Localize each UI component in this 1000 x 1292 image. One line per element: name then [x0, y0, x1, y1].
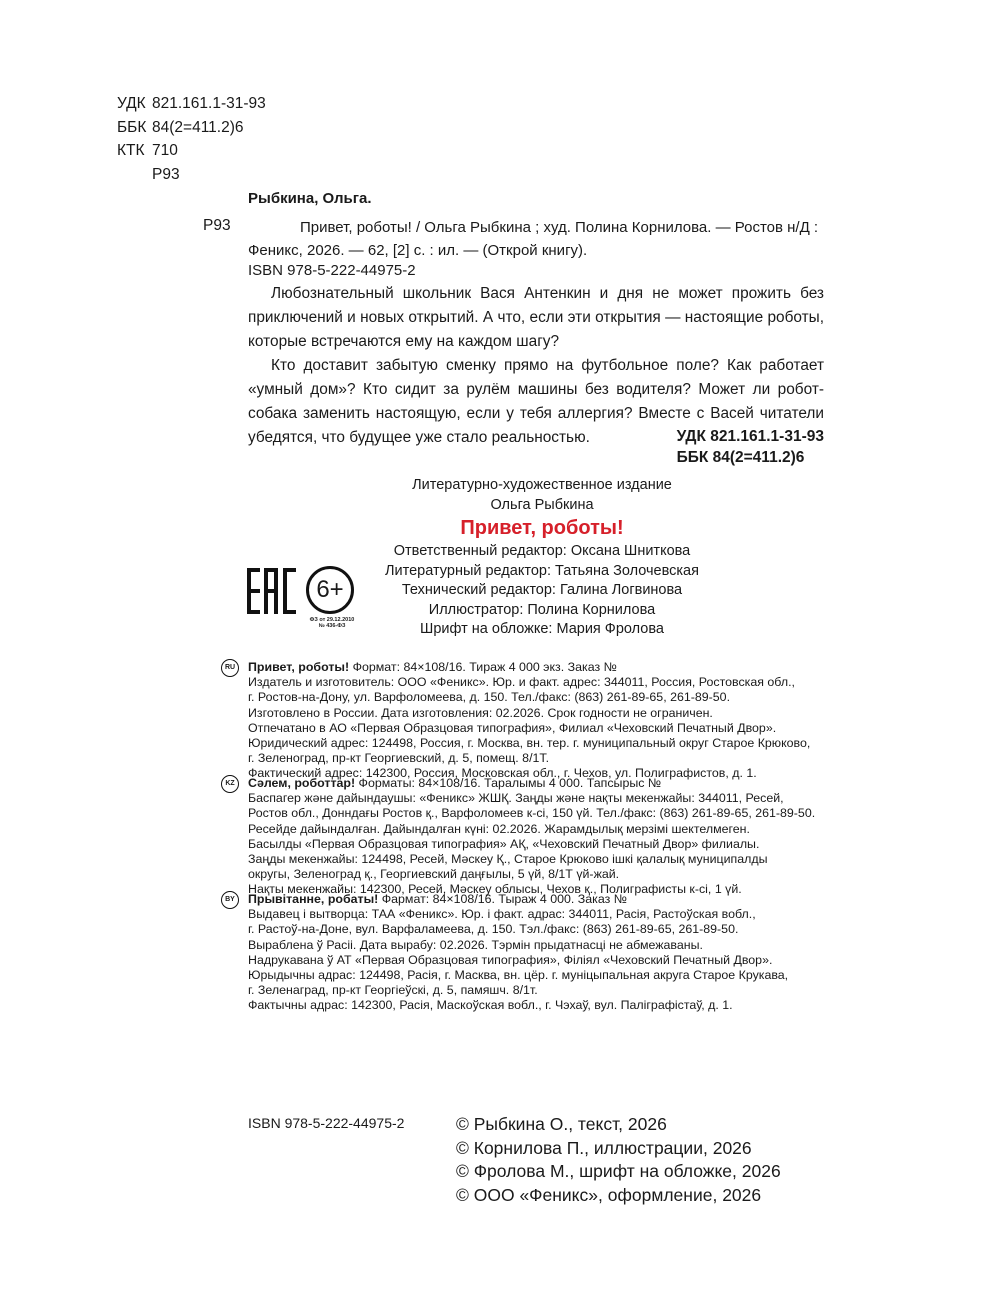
eac-mark-icon: [247, 568, 297, 614]
kz-badge-icon: KZ: [221, 775, 239, 793]
imprint-title: Прывітанне, робаты!: [248, 892, 378, 906]
ktk-label: КТК: [117, 139, 152, 163]
imprint-line: Издатель и изготовитель: ООО «Феникс». Ю…: [248, 675, 848, 690]
bbk-code: 84(2=411.2)6: [152, 116, 244, 140]
annotation: Любознательный школьник Вася Антенкин и …: [248, 282, 824, 450]
author-heading: Рыбкина, Ольга.: [248, 190, 372, 207]
imprint-line: Отпечатано в АО «Первая Образцовая типог…: [248, 721, 848, 736]
copyright-line: © Фролова М., шрифт на обложке, 2026: [456, 1160, 781, 1184]
isbn-record: ISBN 978-5-222-44975-2: [248, 262, 416, 279]
age-rating-badge: 6+: [306, 566, 354, 614]
copyright-line: © Корнилова П., иллюстрации, 2026: [456, 1137, 781, 1161]
imprint-line: г. Растоў-на-Доне, вул. Варфаламеева, д.…: [248, 922, 848, 937]
staff-cover-font: Шрифт на обложке: Мария Фролова: [342, 620, 742, 640]
annotation-paragraph: Любознательный школьник Вася Антенкин и …: [248, 282, 824, 354]
imprint-kz: KZСәлем, роботтар! Форматы: 84×108/16. Т…: [248, 776, 848, 898]
description-line-2: Феникс, 2026. — 62, [2] с. : ил. — (Откр…: [248, 239, 823, 262]
ktk-code: 710: [152, 139, 178, 163]
imprint-line: Заңды мекенжайы: 124498, Ресей, Мәскеу Қ…: [248, 852, 848, 867]
imprint-line: Форматы: 84×108/16. Таралымы 4 000. Тапс…: [355, 776, 661, 790]
bibliographic-description: Привет, роботы! / Ольга Рыбкина ; худ. П…: [248, 216, 823, 262]
credits-block: Литературно-художественное издание Ольга…: [342, 476, 742, 640]
imprint-line: Ростов обл., Донндағы Ростов қ., Варфоло…: [248, 806, 848, 821]
imprint-line: Формат: 84×108/16. Тираж 4 000 экз. Зака…: [349, 660, 617, 674]
imprint-line: Фактычны адрас: 142300, Расія, Маскоўска…: [248, 998, 848, 1013]
bbk-right: ББК 84(2=411.2)6: [677, 447, 824, 468]
imprint-line: г. Зеленоград, пр-кт Георгиевский, д. 5,…: [248, 751, 848, 766]
author-mark: Р93: [152, 163, 180, 187]
imprint-by: BYПрывітанне, робаты! Фармат: 84×108/16.…: [248, 892, 848, 1014]
imprint-line: Юрыдычны адрас: 124498, Расія, г. Масква…: [248, 968, 848, 983]
staff-editor: Ответственный редактор: Оксана Шниткова: [342, 542, 742, 562]
imprint-line: Изготовлено в России. Дата изготовления:…: [248, 706, 848, 721]
staff-literary-editor: Литературный редактор: Татьяна Золочевск…: [342, 562, 742, 582]
staff-illustrator: Иллюстратор: Полина Корнилова: [342, 601, 742, 621]
imprint-line: Юридический адрес: 124498, Россия, г. Мо…: [248, 736, 848, 751]
imprint-line: Фармат: 84×108/16. Тыраж 4 000. Заказ №: [378, 892, 627, 906]
bbk-label: ББК: [117, 116, 152, 140]
imprint-line: округы, Зеленоград қ., Георгиевский даңғ…: [248, 867, 848, 882]
isbn-footer: ISBN 978-5-222-44975-2: [248, 1115, 404, 1131]
imprint-line: г. Ростов-на-Дону, ул. Варфоломеева, д. …: [248, 690, 848, 705]
author-mark-left: Р93: [203, 217, 231, 235]
law-note: ФЗ от 29.12.2010 № 436-ФЗ: [305, 617, 359, 629]
imprint-line: Выраблена ў Расіі. Дата вырабу: 02.2026.…: [248, 938, 848, 953]
imprint-line: г. Зеленаград, пр-кт Георгіеўскі, д. 5, …: [248, 983, 848, 998]
book-title: Привет, роботы!: [342, 515, 742, 542]
udk-code: 821.161.1-31-93: [152, 92, 266, 116]
imprint-line: Басылды «Первая Образцовая типография» А…: [248, 837, 848, 852]
by-badge-icon: BY: [221, 891, 239, 909]
description-line-1: Привет, роботы! / Ольга Рыбкина ; худ. П…: [300, 219, 818, 236]
classification-codes-right: УДК 821.161.1-31-93 ББК 84(2=411.2)6: [677, 426, 824, 468]
imprint-line: Выдавец і вытворца: ТАА «Феникс». Юр. і …: [248, 907, 848, 922]
imprint-line: Ресейде дайындалған. Дайындалған күні: 0…: [248, 822, 848, 837]
age-rating: 6+: [316, 576, 343, 604]
credits-author: Ольга Рыбкина: [342, 496, 742, 516]
imprint-line: Надрукавана ў АТ «Первая Образцовая типо…: [248, 953, 848, 968]
ru-badge-icon: RU: [221, 659, 239, 677]
staff-technical-editor: Технический редактор: Галина Логвинова: [342, 581, 742, 601]
udk-label: УДК: [117, 92, 152, 116]
imprint-line: Баспагер және дайындаушы: «Феникс» ЖШҚ. …: [248, 791, 848, 806]
law-note-line-2: № 436-ФЗ: [305, 623, 359, 629]
copyright-line: © Рыбкина О., текст, 2026: [456, 1113, 781, 1137]
imprint-ru: RUПривет, роботы! Формат: 84×108/16. Тир…: [248, 660, 848, 782]
edition-type: Литературно-художественное издание: [342, 476, 742, 496]
copyright-block: © Рыбкина О., текст, 2026 © Корнилова П.…: [456, 1113, 781, 1207]
udk-right: УДК 821.161.1-31-93: [677, 426, 824, 447]
imprint-title: Привет, роботы!: [248, 660, 349, 674]
imprint-title: Сәлем, роботтар!: [248, 776, 355, 790]
classification-codes: УДК821.161.1-31-93 ББК84(2=411.2)6 КТК71…: [117, 92, 266, 186]
copyright-line: © ООО «Феникс», оформление, 2026: [456, 1184, 781, 1208]
